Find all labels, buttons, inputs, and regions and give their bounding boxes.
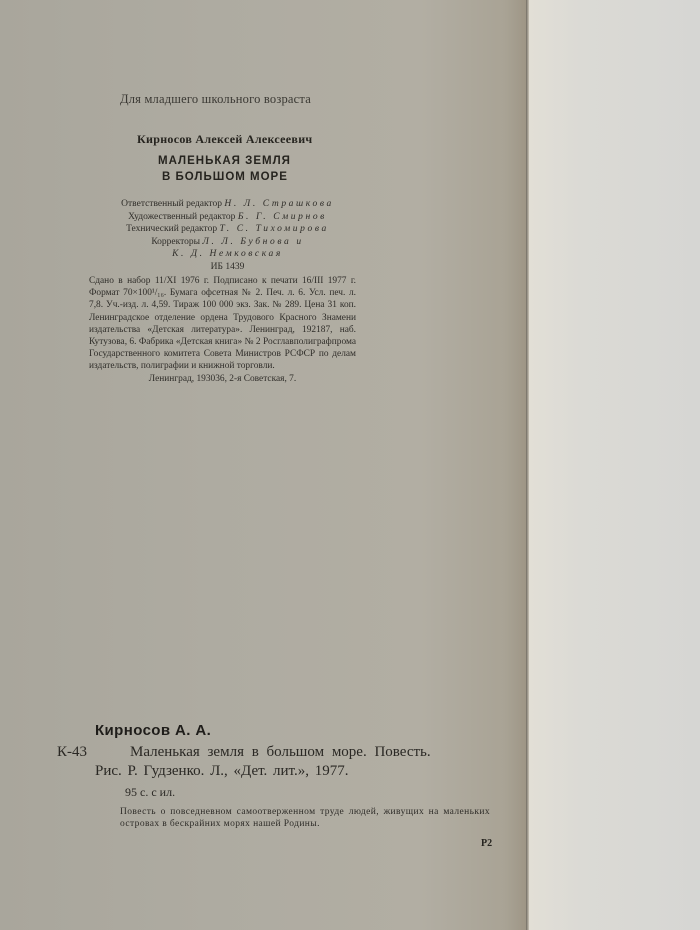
title-line-1: МАЛЕНЬКАЯ ЗЕМЛЯ [158,153,291,169]
title-line-2: В БОЛЬШОМ МОРЕ [158,169,291,185]
credit-name: Б. Г. Смирнов [238,212,327,222]
author-full-name: Кирносов Алексей Алексеевич [137,132,313,147]
book-page-left: Для младшего школьного возраста Кирносов… [0,0,526,930]
catalog-author: Кирносов А. А. [95,722,211,739]
catalog-title-line: Маленькая земля в большом море. Повесть. [130,744,431,761]
catalog-pages: 95 с. с ил. [125,785,175,800]
credit-name: Т. С. Тихомирова [219,224,328,234]
credit-name: К. Д. Немковская [172,249,283,259]
book-title: МАЛЕНЬКАЯ ЗЕМЛЯ В БОЛЬШОМ МОРЕ [158,153,291,185]
editorial-credits: Ответственный редактор Н. Л. Страшкова Х… [110,198,345,274]
imprint-block: Сдано в набор 11/XI 1976 г. Подписано к … [89,275,356,385]
ib-number: ИБ 1439 [110,261,345,274]
imprint-address: Ленинград, 193036, 2-я Советская, 7. [89,373,356,385]
catalog-index-code: Р2 [481,838,492,849]
audience-label: Для младшего школьного возраста [120,92,311,107]
credit-role: Корректоры [151,237,200,247]
credit-role: Ответственный редактор [121,199,222,209]
credit-name: Л. Л. Бубнова и [202,237,303,247]
credit-line: Технический редактор Т. С. Тихомирова [110,223,345,236]
credit-line: Ответственный редактор Н. Л. Страшкова [110,198,345,211]
catalog-code: К-43 [57,744,87,761]
catalog-publication-line: Рис. Р. Гудзенко. Л., «Дет. лит.», 1977. [95,763,348,780]
book-page-right-blank [529,0,700,930]
credit-line: Художественный редактор Б. Г. Смирнов [110,211,345,224]
credit-role: Художественный редактор [128,212,235,222]
credit-name: Н. Л. Страшкова [224,199,333,209]
catalog-annotation: Повесть о повседневном самоотверженном т… [120,806,490,830]
credit-role: Технический редактор [126,224,217,234]
imprint-body: Сдано в набор 11/XI 1976 г. Подписано к … [89,276,356,371]
credit-line: Корректоры Л. Л. Бубнова и [110,236,345,249]
credit-line: К. Д. Немковская [110,248,345,261]
